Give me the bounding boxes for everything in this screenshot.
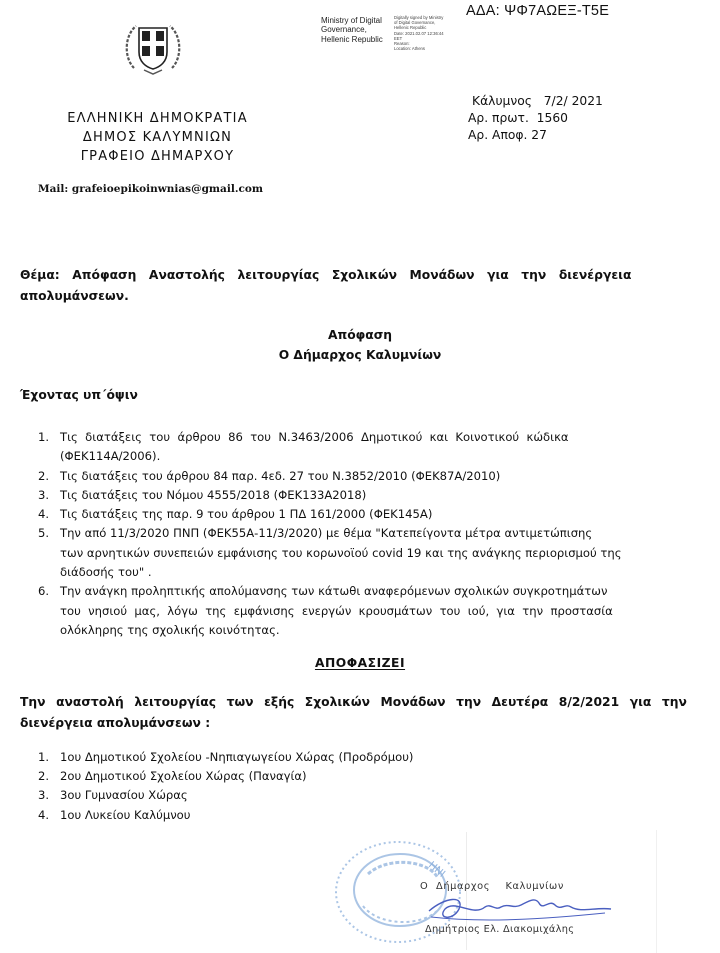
decision-title: Απόφαση: [0, 325, 720, 345]
header-municipality: ΔΗΜΟΣ ΚΑΛΥΜΝΙΩΝ: [40, 128, 275, 147]
consideration-item: 2.Τις διατάξεις του άρθρου 84 παρ. 4εδ. …: [38, 467, 682, 486]
decision-number: Αρ. Αποφ. 27: [468, 127, 603, 144]
signature-detail-line: Location: Athens: [394, 46, 464, 51]
item-number: 3.: [38, 786, 49, 805]
consideration-line: Την ανάγκη προληπτικής απολύμανσης των κ…: [60, 582, 682, 601]
consideration-line: ολόκληρης της σχολικής κοινότητας.: [60, 621, 682, 640]
item-number: 1.: [38, 748, 49, 767]
consideration-line: Τις διατάξεις της παρ. 9 του άρθρου 1 ΠΔ…: [60, 505, 682, 524]
school-item: 2.2ου Δημοτικού Σχολείου Χώρας (Παναγία): [38, 767, 413, 786]
considerations-list: 1.Τις διατάξεις του άρθρου 86 του Ν.3463…: [38, 428, 682, 640]
item-number: 3.: [38, 486, 49, 505]
consideration-item: 1.Τις διατάξεις του άρθρου 86 του Ν.3463…: [38, 428, 682, 467]
contact-email: Mail: grafeioepikoinwnias@gmail.com: [38, 183, 263, 195]
subject-line: απολυμάνσεων.: [20, 286, 700, 307]
consideration-line: Τις διατάξεις του άρθρου 86 του Ν.3463/2…: [60, 428, 682, 447]
item-number: 1.: [38, 428, 49, 447]
item-number: 2.: [38, 467, 49, 486]
schools-list: 1.1ου Δημοτικού Σχολείου -Νηπιαγωγείου Χ…: [38, 748, 413, 825]
consideration-line: Τις διατάξεις του άρθρου 84 παρ. 4εδ. 27…: [60, 467, 682, 486]
signatory-name: Δημήτριος Ελ. Διακομιχάλης: [425, 924, 574, 935]
issuer-header: ΕΛΛΗΝΙΚΗ ΔΗΜΟΚΡΑΤΙΑ ΔΗΜΟΣ ΚΑΛΥΜΝΙΩΝ ΓΡΑΦ…: [40, 109, 275, 166]
header-office: ΓΡΑΦΕΙΟ ΔΗΜΑΡΧΟΥ: [40, 147, 275, 166]
signer-line: Ministry of Digital: [321, 16, 383, 25]
consideration-line: Την από 11/3/2020 ΠΝΠ (ΦΕΚ55Α-11/3/2020)…: [60, 524, 682, 543]
decides-heading: ΑΠΟΦΑΣΙΖΕΙ: [0, 656, 720, 670]
consideration-line: των αρνητικών συνεπειών εμφάνισης του κο…: [60, 544, 682, 563]
item-number: 4.: [38, 806, 49, 825]
place-date: Κάλυμνος 7/2/ 2021: [468, 93, 603, 110]
ada-code: ΑΔΑ: ΨΦ7ΑΩΕΞ-Τ5Ε: [466, 3, 609, 19]
consideration-line: διάδοσής του" .: [60, 563, 682, 582]
header-republic: ΕΛΛΗΝΙΚΗ ΔΗΜΟΚΡΑΤΙΑ: [40, 109, 275, 128]
item-number: 5.: [38, 524, 49, 543]
decides-heading-text: ΑΠΟΦΑΣΙΖΕΙ: [315, 656, 405, 670]
school-item: 3.3ου Γυμνασίου Χώρας: [38, 786, 413, 805]
decision-issuer: Ο Δήμαρχος Καλυμνίων: [0, 345, 720, 365]
digital-signature-details: Digitally signed by Ministry of Digital …: [394, 15, 464, 51]
document-meta: Κάλυμνος 7/2/ 2021 Αρ. πρωτ. 1560 Αρ. Απ…: [468, 93, 603, 144]
subject-line: Θέμα: Απόφαση Αναστολής λειτουργίας Σχολ…: [20, 265, 700, 286]
item-number: 6.: [38, 582, 49, 601]
considerations-heading: Έχοντας υπ΄όψιν: [20, 388, 138, 402]
suspension-statement: Την αναστολή λειτουργίας των εξής Σχολικ…: [20, 692, 700, 734]
handwritten-signature-icon: [425, 893, 615, 927]
consideration-item: 6.Την ανάγκη προληπτικής απολύμανσης των…: [38, 582, 682, 640]
consideration-line: (ΦΕΚ114Α/2006).: [60, 447, 682, 466]
school-item: 4.1ου Λυκείου Καλύμνου: [38, 806, 413, 825]
consideration-item: 3.Τις διατάξεις του Νόμου 4555/2018 (ΦΕΚ…: [38, 486, 682, 505]
protocol-number: Αρ. πρωτ. 1560: [468, 110, 603, 127]
greek-coat-of-arms-icon: [122, 18, 184, 76]
signer-line: Governance,: [321, 25, 383, 34]
scan-divider: [656, 830, 657, 953]
consideration-item: 4.Τις διατάξεις της παρ. 9 του άρθρου 1 …: [38, 505, 682, 524]
decision-heading: Απόφαση Ο Δήμαρχος Καλυμνίων: [0, 325, 720, 365]
digital-signature-signer: Ministry of Digital Governance, Hellenic…: [321, 16, 383, 44]
signatory-title: Ο Δήμαρχος Καλυμνίων: [420, 881, 564, 892]
school-name: 3ου Γυμνασίου Χώρας: [60, 788, 188, 802]
suspension-line: διενέργεια απολυμάνσεων :: [20, 713, 700, 734]
item-number: 2.: [38, 767, 49, 786]
consideration-item: 5.Την από 11/3/2020 ΠΝΠ (ΦΕΚ55Α-11/3/202…: [38, 524, 682, 582]
item-number: 4.: [38, 505, 49, 524]
consideration-line: του νησιού μας, λόγω της εμφάνισης ενεργ…: [60, 602, 682, 621]
subject: Θέμα: Απόφαση Αναστολής λειτουργίας Σχολ…: [20, 265, 700, 307]
suspension-line: Την αναστολή λειτουργίας των εξής Σχολικ…: [20, 692, 700, 713]
school-name: 1ου Λυκείου Καλύμνου: [60, 808, 190, 822]
school-name: 1ου Δημοτικού Σχολείου -Νηπιαγωγείου Χώρ…: [60, 750, 413, 764]
school-item: 1.1ου Δημοτικού Σχολείου -Νηπιαγωγείου Χ…: [38, 748, 413, 767]
school-name: 2ου Δημοτικού Σχολείου Χώρας (Παναγία): [60, 769, 307, 783]
consideration-line: Τις διατάξεις του Νόμου 4555/2018 (ΦΕΚ13…: [60, 486, 682, 505]
signer-line: Hellenic Republic: [321, 35, 383, 44]
